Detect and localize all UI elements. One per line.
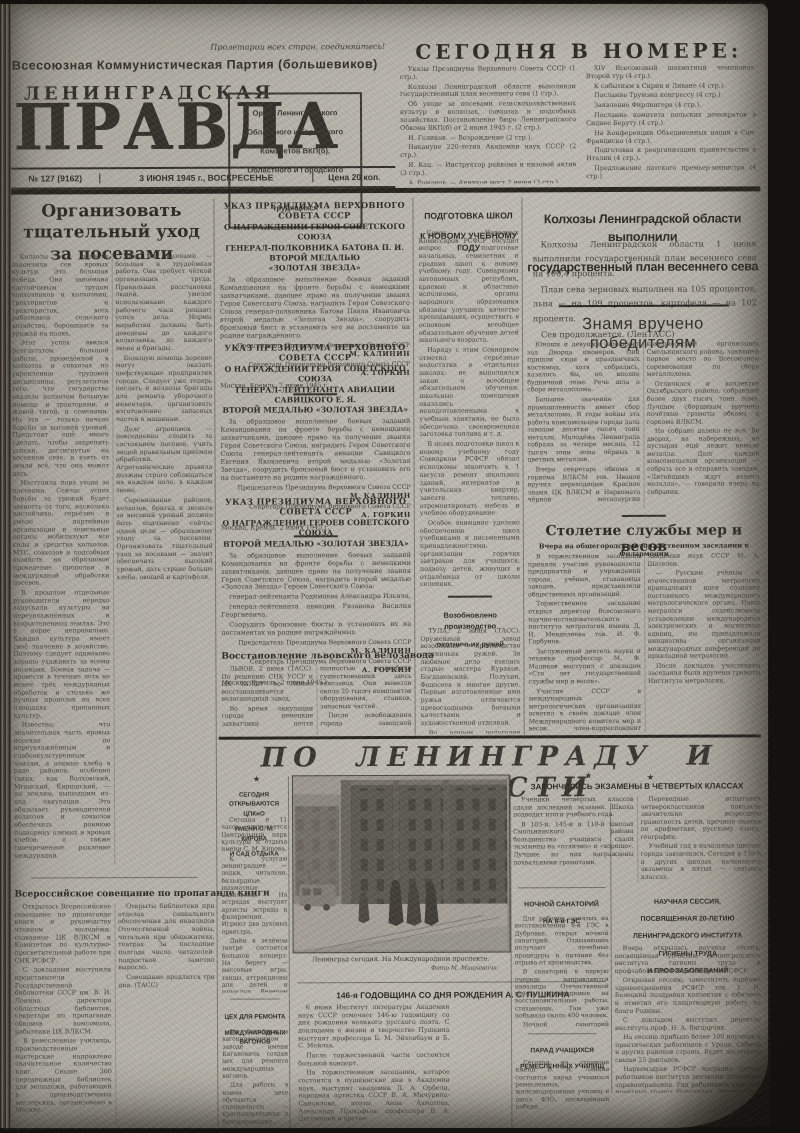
star-icon: ★ [647,773,654,782]
paragraph: Открыты библиотеки при отделах социально… [118,903,215,972]
paragraph: Колхозы Ленинградской области выполнили … [400,83,576,99]
paragraph: XIV Всесоюзный шахматный чемпионат. Втор… [586,64,756,80]
velozavod-body: ЛЬВОВ, 2 июня (ТАСС). По решению СНК УСС… [221,665,411,736]
paragraph: Особое внимание уделено обеспечению школ… [420,519,520,588]
separator [448,596,492,598]
paragraph: Об уходе за посевами сельскохозяйственны… [400,100,576,132]
today-title: СЕГОДНЯ В НОМЕРЕ: [400,38,758,64]
paragraph: Накануне 220-летия Академии наук СССР (2… [400,143,576,159]
parks-body: Сегодня в 11 часов открывается Центральн… [221,816,288,992]
paragraph: Прием в Союзной контрольной комиссии в Б… [586,182,756,183]
paragraph: Но собрано далеко не всё. Во дворах, на … [647,428,760,497]
paragraph: Колхозы Ленинградской области 1 июня вып… [533,236,757,280]
paragraph: О НАГРАЖДЕНИИ ГЕРОЯ СОВЕТСКОГО СОЮЗА [220,222,410,243]
star-icon: ★ [585,771,592,780]
today-right-list: XIV Всесоюзный шахматный чемпионат. Втор… [586,64,757,183]
paragraph: Ночной санаторий выделяется образцовой ч… [515,1021,609,1027]
column-rule [521,197,524,734]
paragraph: Открывая сессию, заместитель наркома здр… [615,977,761,1015]
paragraph: На торжественном заседании, которое сост… [298,1069,450,1123]
exams-headline: ЗАКОНЧИЛИСЬ ЭКЗАМЕНЫ В ЧЕТВЕРТЫХ КЛАССАХ [513,781,761,791]
paragraph: Днём в зелёном театре состоится большой … [222,937,288,992]
paragraph: Для рабочих, занятых на восстановлении 8… [515,915,609,967]
paragraph: «ЗОЛОТАЯ ЗВЕЗДА» [220,263,410,274]
paragraph: Наркомздрав РСФСР наградил группу работн… [615,1066,761,1093]
paragraph: Орган Ленинградского [234,107,356,119]
znamya-body: Юноши и девушки заполняют зал Дворца пио… [527,340,760,509]
today-left-list: Указы Президиума Верховного Совета СССР … [400,65,577,184]
paragraph: В прошлом отдельные руководители нередко… [13,589,110,720]
chairman-title: Председатель Президиума Верховного Совет… [238,484,411,492]
chairman-title: Председатель Президиума Верховного Совет… [238,639,411,647]
paragraph: ПОСВЯЩЕННАЯ 20-ЛЕТИЮ [615,915,761,926]
issue-date: 3 ИЮНЯ 1945 г., ВОСКРЕСЕНЬЕ [100,172,312,183]
decree-body: За образцовое выполнение боевых заданий … [220,276,410,340]
paragraph: Вчера открылась научная сессия, посвящён… [615,944,761,975]
paragraph: Сегодня на стадионе имени В. И. Ленина с… [515,1059,609,1111]
decree-kicker: УКАЗ ПРЕЗИДИУМА ВЕРХОВНОГО СОВЕТА СССР [219,200,409,221]
paragraph: За образцовое выполнение боевых заданий … [220,276,410,340]
paragraph: генерал-лейтенанта авиации Рязанова Васи… [221,603,411,620]
parad-body: Сегодня на стадионе имени В. И. Ленина с… [515,1059,609,1115]
paragraph: С докладами выступили представители Госу… [15,967,112,1036]
photo-leningrad [292,774,511,953]
paragraph: К событиям в Сирии и Ливане (4 стр.). [586,82,756,91]
vagon-body: На Октябрьском вагоноремонтном заводе им… [222,1028,288,1124]
sanatoriy-body: Для рабочих, занятых на восстановлении 8… [515,915,609,1027]
paragraph: ГЕНЕРАЛ-ЛЕЙТЕНАНТА АВИАЦИИ САВИЦКОГО Е. … [220,384,410,405]
paragraph: Подготовка к реорганизации правительства… [586,147,756,163]
paragraph: На Конференции Объединенных наций в Сан-… [586,129,756,145]
decree-title: О НАГРАЖДЕНИИ ГЕРОЕВ СОВЕТСКОГО СОЮЗАВТО… [221,518,411,550]
paragraph: К услугам ленинградцев — лодки, читальни… [221,855,287,936]
paragraph: Наступила пора ухода за посевами. Сейчас… [13,480,110,588]
paragraph: Совещание продлится три дня. (ТАСС) [118,974,215,990]
paragraph: НАУЧНАЯ СЕССИЯ, [614,897,760,908]
photo-caption: Ленинград сегодня. На Международном прос… [293,954,509,963]
paragraph: После торжественной части состоится боль… [298,1052,450,1068]
paragraph: Указы Президиума Верховного Совета СССР … [400,65,576,81]
decree-body: За образцовое выполнение боевых заданий … [221,552,411,638]
star-icon: ★ [253,775,260,784]
paragraph: ВТОРОЙ МЕДАЛЬЮ «ЗОЛОТАЯ ЗВЕЗДА» [221,538,411,549]
column-rule [288,776,291,1128]
page-content: Пролетарии всех стран, соединяйтесь! Все… [0,2,770,1129]
paragraph: ПАРАД УЧАЩИХСЯ [515,1046,609,1056]
science-body: Вчера открылась научная сессия, посвящён… [615,944,762,1093]
stoletie-body: В торжественном заседании приняли участи… [528,552,761,733]
paragraph: В санаторий в первую очередь направляютс… [515,968,609,1020]
paragraph: Уход за посевами — большая и трудоёмкая … [115,253,212,353]
paragraph: В целях подготовки школ к новому учебном… [419,441,519,518]
paragraph: Наряду с этим Совнарком отметил серьёзны… [419,346,519,438]
decree-title: О НАГРАЖДЕНИИ ГЕРОЯ СОВЕТСКОГО СОЮЗАГЕНЕ… [220,222,410,274]
paragraph: Ученики четвёртых классов сдали последни… [513,796,634,819]
paragraph: За образцовое выполнение боевых заданий … [220,418,410,482]
paragraph: генерал-лейтенанта Родимцева Александра … [221,593,411,602]
paragraph: Переводные испытания четвероклассников п… [641,795,762,841]
paragraph: Предложение датского премьер-министра (4… [586,164,756,180]
photo-credit: Фото М. Мицкевича. [293,965,499,973]
lead-body: Колхозы области закончили сев яровых кул… [12,253,215,866]
paragraph: Большое значение для промышленности имее… [527,396,640,465]
masthead-title-big: ПРАВДА [14,95,226,159]
paragraph: Отличился и коллектив Октябрьского район… [647,380,760,426]
paragraph: Колхозы области закончили сев яровых кул… [12,253,109,338]
paragraph: СЕГОДНЯ ОТКРЫВАЮТСЯ ЦПКиО [221,791,287,819]
paragraph: Большую помощь деревне могут оказать шеф… [116,354,213,423]
paragraph: В ремесленные училища, производственные … [15,1038,112,1115]
paragraph: ТУЛА, 2 июня (ТАСС). Оружейный завод воз… [420,627,520,727]
paragraph: Долг агрономов — повседневно следить за … [116,426,213,495]
book-body: Открылось Всероссийское совещание по про… [14,903,215,1128]
paragraph: На Октябрьском вагоноремонтном заводе им… [222,1028,288,1079]
paragraph: ЦЕХ ДЛЯ РЕМОНТА [222,1013,288,1023]
paragraph: 6 июня Институт литературы Академии наук… [298,1004,450,1051]
newspaper-scan: { "masthead": { "slogan": "Пролетарии вс… [0,0,800,1133]
paragraph: Сегодня в 11 часов открывается Центральн… [221,816,287,853]
paragraph: В 103-й, 145-й и 110-й школах Смольнинск… [513,821,634,867]
paragraph: С докладом выступил директор института п… [615,1016,761,1032]
paragraph: Соорудить бронзовые бюсты и установить и… [221,621,411,638]
paragraph: Для работы в новом цехе обучаются специа… [222,1082,288,1125]
paragraph: Известно, что значительная часть яровых … [14,722,111,861]
paragraph: ЛЕНИНГРАДСКОГО ИНСТИТУТА [615,932,761,943]
paragraph: За образцовое выполнение боевых заданий … [221,552,411,592]
paragraph: ГЕНЕРАЛ-ПОЛКОВНИКА БАТОВА П. И. ВТОРОЙ М… [220,242,410,263]
newspaper-page: Пролетарии всех стран, соединяйтесь! Все… [0,4,768,1128]
separator [230,998,280,999]
paragraph: Послание комитета польских демократов в … [586,111,756,127]
party-line: Всесоюзная Коммунистическая Партия (боль… [12,57,368,73]
book-headline: Всероссийское совещание по пропаганде кн… [14,889,214,900]
velozavod-headline: Восстановление львовского велозавода [221,651,411,662]
paragraph: ВТОРОЙ МЕДАЛЬЮ «ЗОЛОТАЯ ЗВЕЗДА» [220,405,410,416]
paragraph: Учебный год в начальных школах города за… [641,843,762,881]
paragraph: В торжественном заседании приняли участи… [528,553,641,599]
paragraph: Я. Кац. — Инструктор райкома и низовой а… [400,161,576,177]
decree-kicker: УКАЗ ПРЕЗИДИУМА ВЕРХОВНОГО СОВЕТА СССР [220,342,410,363]
separator [622,515,666,517]
paragraph: Совет Народных Комиссаров РСФСР обсудил … [419,229,520,345]
guns-body: ТУЛА, 2 июня (ТАСС). Оружейный завод воз… [420,627,520,733]
issue-price: Цена 20 коп. [312,172,395,182]
issue-info-row: № 127 (9162) 3 ИЮНЯ 1945 г., ВОСКРЕСЕНЬЕ… [11,166,395,190]
decree-kicker: УКАЗ ПРЕЗИДИУМА ВЕРХОВНОГО СОВЕТА СССР [221,496,411,517]
paragraph: Этот успех явился результатом большой ра… [12,340,109,479]
paragraph: Комитетов ВКП(б), [234,145,356,157]
paragraph: А. Романов. — Аничков мост 2 июня (3 стр… [400,179,576,184]
paragraph: Юноши и девушки заполняют зал Дворца пио… [527,341,640,394]
paragraph: — Русским учёным и отечественной метроло… [648,569,761,660]
paragraph: После докладов участникам заседания были… [648,662,761,685]
issue-number: № 127 (9162) [11,173,100,183]
paragraph: Послание Трумэна конгрессу (4 стр.). [586,92,756,101]
paragraph: О НАГРАЖДЕНИИ ГЕРОЕВ СОВЕТСКОГО СОЮЗА [221,518,411,539]
binding-edge [0,4,11,1128]
paragraph: На сессию прибыло более 100 научных и пр… [615,1034,761,1065]
decree-title: О НАГРАЖДЕНИИ ГЕРОЯ СОВЕТСКОГО СОЮЗАГЕНЕ… [220,364,410,416]
slogan: Пролетарии всех стран, соединяйтесь! [178,42,418,52]
paragraph: И. Голиков. — Возрождение (2 стр.). [400,134,576,143]
decree-body: За образцовое выполнение боевых заданий … [220,418,410,482]
paragraph: Открылось Всероссийское совещание по про… [14,903,111,965]
paragraph: Областного и Городского [234,126,356,138]
schools-body: Совет Народных Комиссаров РСФСР обсудил … [419,229,521,589]
paragraph: О НАГРАЖДЕНИИ ГЕРОЯ СОВЕТСКОГО СОЮЗА [220,364,410,385]
separator [517,887,605,888]
paragraph: Заслуженный деятель науки и техники проф… [528,648,641,686]
paragraph: ПОДГОТОВКА ШКОЛ [418,209,518,221]
separator [31,877,197,879]
paragraph: НОЧНОЙ САНАТОРИЙ [514,900,608,911]
paragraph: ЛЬВОВ, 2 июня (ТАСС). По решению СНК УСС… [221,665,313,703]
paragraph: Соревнование районов, колхозов, бригад и… [116,497,213,582]
paragraph: Во втором полугодии намечено значительно… [421,729,521,734]
paragraph: Торжественное заседание открыл директор … [528,600,641,646]
paragraph: Заявление Фирлингера (4 стр.). [586,102,756,111]
exams-body: Ученики четвёртых классов сдали последни… [513,795,761,882]
photo-image [293,775,508,950]
